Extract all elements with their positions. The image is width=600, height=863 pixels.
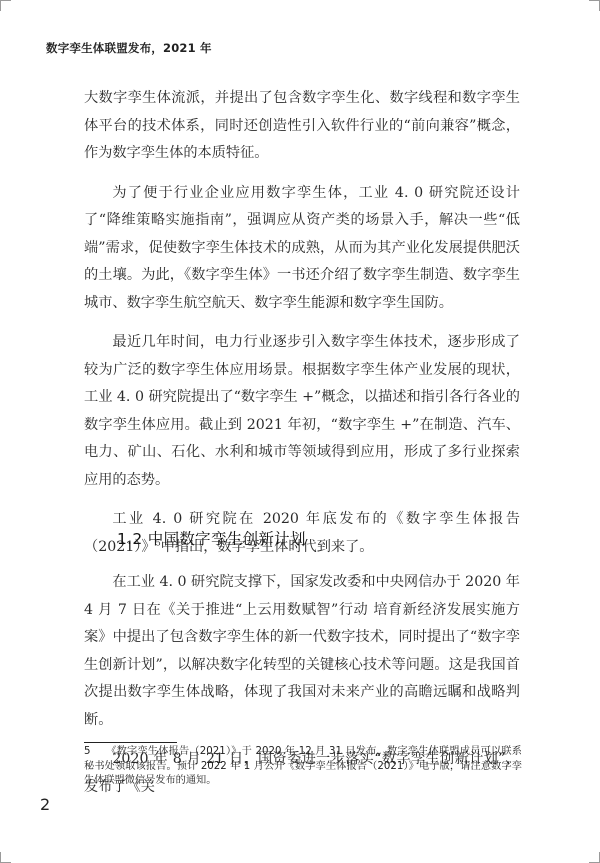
crop-mark-bottom-left [0, 852, 11, 863]
crop-mark-bottom-right [589, 852, 600, 863]
footnote-text: 《数字孪生体报告（2021）》于 2020 年 12 月 31 日发布，数字孪生… [84, 746, 522, 786]
crop-mark-top-right [589, 0, 600, 11]
footnote: 5《数字孪生体报告（2021）》于 2020 年 12 月 31 日发布，数字孪… [84, 745, 522, 789]
body-text-block-1: 大数字孪生体流派，并提出了包含数字孪生化、数字线程和数字孪生体平台的技术体系，同… [84, 85, 520, 573]
footnote-divider [84, 742, 177, 743]
page-number: 2 [40, 795, 50, 814]
paragraph-power-industry: 最近几年时间，电力行业逐步引入数字孪生体技术，逐步形成了较为广泛的数字孪生体应用… [84, 329, 520, 494]
footnote-number: 5 [84, 745, 106, 760]
crop-mark-top-left [0, 0, 11, 11]
paragraph-continued: 大数字孪生体流派，并提出了包含数字孪生化、数字线程和数字孪生体平台的技术体系，同… [84, 85, 520, 168]
paragraph-guide: 为了便于行业企业应用数字孪生体，工业 4. 0 研究院还设计了“降维策略实施指南… [84, 180, 520, 318]
section-heading: 1.2 中国数字孪生创新计划 [117, 527, 306, 549]
running-header: 数字孪生体联盟发布，2021 年 [46, 40, 212, 56]
paragraph-innovation-plan: 在工业 4. 0 研究院支撑下，国家发改委和中央网信办于 2020 年 4 月 … [84, 569, 520, 734]
